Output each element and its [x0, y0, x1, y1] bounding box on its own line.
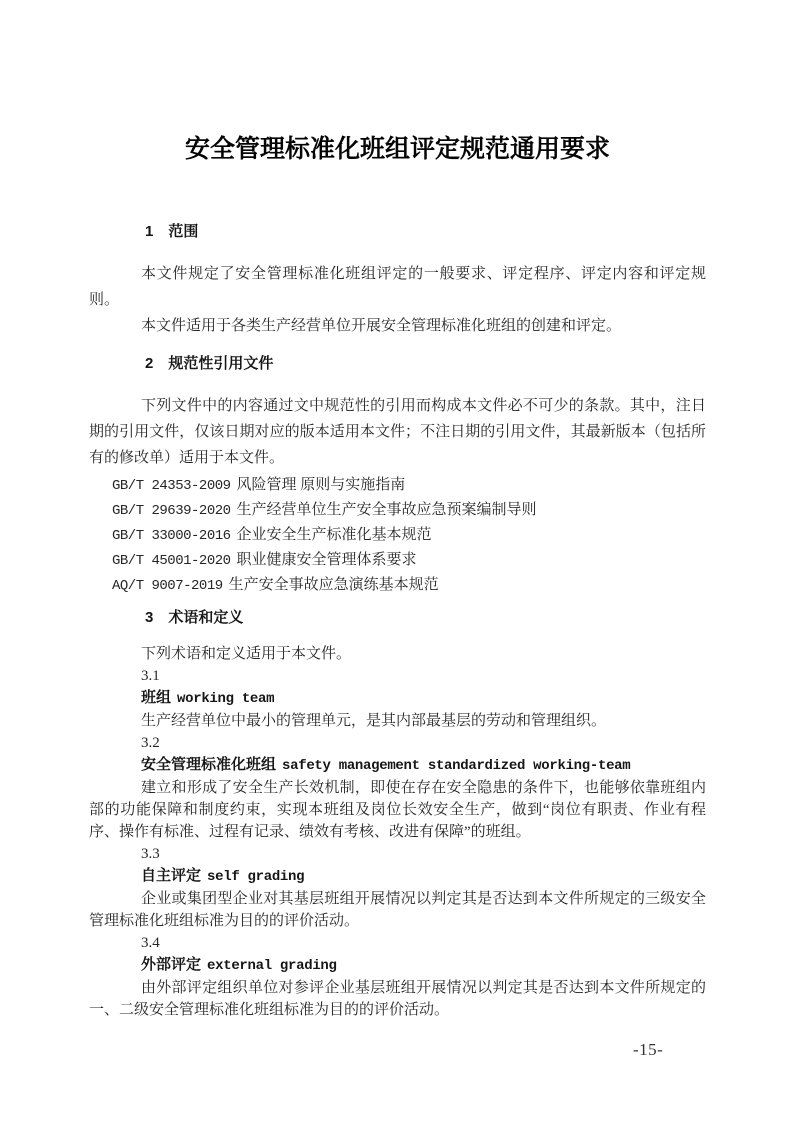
- term-name-en: safety management standardized working-t…: [282, 758, 630, 774]
- section-title: 范围: [168, 223, 198, 240]
- reference-item: GB/T 29639-2020生产经营单位生产安全事故应急预案编制导则: [112, 498, 706, 523]
- term-name-zh: 外部评定: [141, 956, 201, 973]
- term-name: 班组working team: [89, 687, 706, 710]
- paragraph: 下列文件中的内容通过文中规范性的引用而构成本文件必不可少的条款。其中，注日期的引…: [89, 393, 706, 471]
- section-heading: 1范围: [89, 219, 706, 245]
- section-number: 1: [145, 223, 153, 240]
- reference-title: 风险管理 原则与实施指南: [237, 477, 406, 493]
- reference-title: 职业健康安全管理体系要求: [237, 552, 417, 568]
- term-id: 3.2: [89, 732, 706, 754]
- reference-code: AQ/T 9007-2019: [112, 578, 223, 594]
- section-title: 规范性引用文件: [168, 355, 273, 372]
- paragraph: 本文件规定了安全管理标准化班组评定的一般要求、评定程序、评定内容和评定规则。: [89, 261, 706, 313]
- terms-block: 3.1班组working team生产经营单位中最小的管理单元，是其内部最基层的…: [89, 665, 706, 1021]
- paragraph-group: 下列文件中的内容通过文中规范性的引用而构成本文件必不可少的条款。其中，注日期的引…: [89, 393, 706, 471]
- section-number: 2: [145, 355, 153, 372]
- terms-intro: 下列术语和定义适用于本文件。: [89, 643, 706, 665]
- paragraph-group: 本文件规定了安全管理标准化班组评定的一般要求、评定程序、评定内容和评定规则。本文…: [89, 261, 706, 339]
- reference-list: GB/T 24353-2009风险管理 原则与实施指南GB/T 29639-20…: [89, 473, 706, 598]
- reference-item: GB/T 33000-2016企业安全生产标准化基本规范: [112, 523, 706, 548]
- document-title: 安全管理标准化班组评定规范通用要求: [89, 0, 706, 166]
- term-id: 3.3: [89, 843, 706, 865]
- term-id: 3.4: [89, 932, 706, 954]
- section-heading: 3术语和定义: [89, 605, 706, 631]
- document-content: 安全管理标准化班组评定规范通用要求 1范围本文件规定了安全管理标准化班组评定的一…: [89, 0, 706, 1021]
- section-1: 1范围本文件规定了安全管理标准化班组评定的一般要求、评定程序、评定内容和评定规则…: [89, 219, 706, 339]
- term-name-zh: 自主评定: [141, 867, 201, 884]
- reference-item: AQ/T 9007-2019生产安全事故应急演练基本规范: [112, 573, 706, 598]
- reference-code: GB/T 45001-2020: [112, 553, 231, 569]
- reference-item: GB/T 45001-2020职业健康安全管理体系要求: [112, 548, 706, 573]
- section-heading: 2规范性引用文件: [89, 351, 706, 377]
- section-number: 3: [145, 609, 153, 626]
- term-name: 安全管理标准化班组safety management standardized …: [89, 754, 706, 777]
- reference-title: 企业安全生产标准化基本规范: [237, 527, 432, 543]
- reference-code: GB/T 33000-2016: [112, 528, 231, 544]
- term-name-zh: 班组: [141, 689, 171, 706]
- page-number: -15-: [633, 1041, 663, 1059]
- term-definition: 建立和形成了安全生产长效机制，即使在存在安全隐患的条件下，也能够依靠班组内部的功…: [89, 777, 706, 843]
- term-name-zh: 安全管理标准化班组: [141, 756, 276, 773]
- document-page: 安全管理标准化班组评定规范通用要求 1范围本文件规定了安全管理标准化班组评定的一…: [0, 0, 794, 1123]
- term-definition: 生产经营单位中最小的管理单元，是其内部最基层的劳动和管理组织。: [89, 710, 706, 732]
- term-id: 3.1: [89, 665, 706, 687]
- reference-code: GB/T 24353-2009: [112, 478, 231, 494]
- term-definition: 由外部评定组织单位对参评企业基层班组开展情况以判定其是否达到本文件所规定的一、二…: [89, 977, 706, 1021]
- reference-code: GB/T 29639-2020: [112, 503, 231, 519]
- paragraph: 本文件适用于各类生产经营单位开展安全管理标准化班组的创建和评定。: [89, 313, 706, 339]
- section-title: 术语和定义: [168, 609, 243, 626]
- reference-title: 生产经营单位生产安全事故应急预案编制导则: [237, 502, 537, 518]
- section-3: 3术语和定义下列术语和定义适用于本文件。3.1班组working team生产经…: [89, 605, 706, 1021]
- term-name-en: self grading: [207, 869, 304, 885]
- reference-title: 生产安全事故应急演练基本规范: [229, 577, 439, 593]
- term-definition: 企业或集团型企业对其基层班组开展情况以判定其是否达到本文件所规定的三级安全管理标…: [89, 888, 706, 932]
- term-name: 自主评定self grading: [89, 865, 706, 888]
- term-name-en: external grading: [207, 958, 337, 974]
- sections-container: 1范围本文件规定了安全管理标准化班组评定的一般要求、评定程序、评定内容和评定规则…: [89, 219, 706, 1021]
- term-name-en: working team: [177, 691, 274, 707]
- reference-item: GB/T 24353-2009风险管理 原则与实施指南: [112, 473, 706, 498]
- section-2: 2规范性引用文件下列文件中的内容通过文中规范性的引用而构成本文件必不可少的条款。…: [89, 351, 706, 598]
- term-name: 外部评定external grading: [89, 954, 706, 977]
